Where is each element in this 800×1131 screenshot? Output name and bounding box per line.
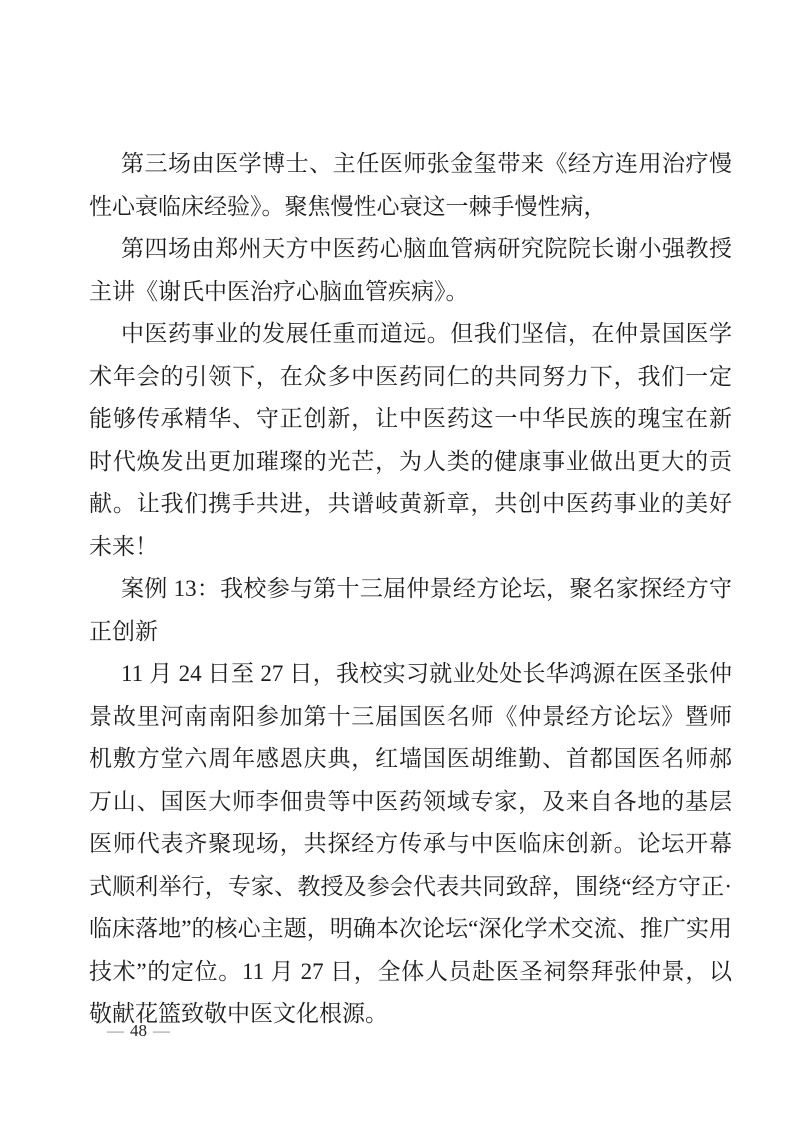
page-number: 48 <box>130 1021 147 1040</box>
page-footer: —48— <box>101 1019 176 1043</box>
paragraph-session-4: 第四场由郑州天方中医药心脑血管病研究院院长谢小强教授主讲《谢氏中医治疗心脑血管疾… <box>89 228 732 313</box>
paragraph-case-13-title: 案例 13：我校参与第十三届仲景经方论坛，聚名家探经方守正创新 <box>89 568 732 653</box>
paragraph-case-13-body: 11 月 24 日至 27 日，我校实习就业处处长华鸿源在医圣张仲景故里河南南阳… <box>89 653 732 1036</box>
footer-dash-right: — <box>147 1021 176 1040</box>
paragraph-tcm-outlook: 中医药事业的发展任重而道远。但我们坚信，在仲景国医学术年会的引领下，在众多中医药… <box>89 313 732 568</box>
document-body: 第三场由医学博士、主任医师张金玺带来《经方连用治疗慢性心衰临床经验》。聚焦慢性心… <box>89 143 732 1036</box>
document-page: 第三场由医学博士、主任医师张金玺带来《经方连用治疗慢性心衰临床经验》。聚焦慢性心… <box>0 0 800 1131</box>
footer-dash-left: — <box>101 1021 130 1040</box>
paragraph-session-3: 第三场由医学博士、主任医师张金玺带来《经方连用治疗慢性心衰临床经验》。聚焦慢性心… <box>89 143 732 228</box>
